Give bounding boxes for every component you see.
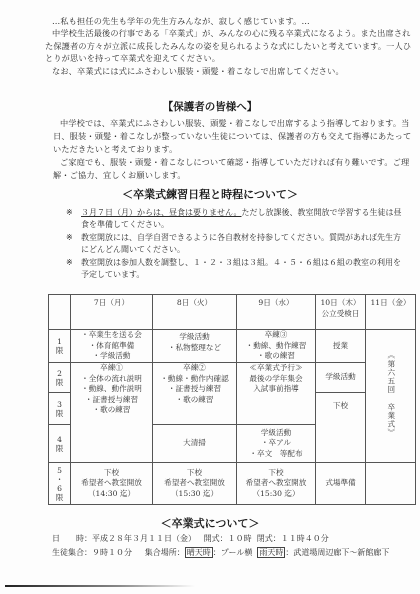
scan-edge-line (5, 585, 195, 587)
sunny-place: ：プール横 (213, 548, 253, 557)
guardians-heading: 【保護者の皆様へ】 (0, 99, 420, 114)
cell-mon-p2-4: 卒練① ・全体の流れ説明 ・動線、動作説明 ・証書授与練習 ・歌の練習 (71, 363, 153, 463)
header-mon: 7日（月） (71, 295, 153, 330)
ceremony-heading: ＜卒業式について＞ (0, 515, 420, 531)
period-gen: 限 (49, 493, 70, 502)
ceremony-date: 平成２８年３月１１日（金） (92, 534, 196, 543)
cell-mon-p1: ・卒業生を送る会 ・体育館準備 ・学級活動 (71, 330, 153, 363)
header-thu: 10日（木） 公立受検日 (316, 295, 366, 330)
cell-line: ≪卒業式予行≫ (237, 363, 315, 374)
cell-tue-p1: 学級活動 ・私物整理など (153, 330, 237, 363)
period-row-5-6: 5 ・ 6 限 下校 希望者へ教室開放 （14:30 迄） 下校 希望者へ教室開… (49, 463, 416, 505)
period-row-2: 2 限 卒練① ・全体の流れ説明 ・動線、動作説明 ・証書授与練習 ・歌の練習 … (49, 363, 416, 393)
cell-line: 入試事前指導 (237, 384, 315, 395)
period-num: 1 (49, 337, 70, 346)
guardians-line-2: 日、服装・頭髪・着こなしが整っていない生徒については、保護者の方も交えて指導にあ… (53, 130, 411, 142)
cell-line: 最後の学年集会 (237, 374, 315, 385)
note-classroom: ※ 教室開放は参加人数を調整し、１・２・３組は３組。４・５・６組は６組の教室の利… (66, 257, 416, 283)
cell-fri-p5 (366, 463, 416, 505)
period-label-1: 1 限 (49, 330, 71, 363)
period-row-1: 1 限 ・卒業生を送る会 ・体育館準備 ・学級活動 学級活動 ・私物整理など 卒… (49, 330, 416, 363)
cell-line: ・体育館準備 (71, 341, 152, 352)
period-num: 2 (49, 369, 70, 378)
schedule-header-row: 7日（月） 8日（火） 9日（水） 10日（木） 公立受検日 11日（金） (49, 295, 416, 330)
cell-line: （14:30 迄） (71, 489, 152, 500)
close-time: １１時４０分 (281, 534, 329, 543)
intro-line-4: とりが思いを持って卒業式を迎えてください。 (45, 52, 220, 64)
note-lunch: ※ ３月７日（月）からは、昼食は要りません。ただし放課後、教室開放で学習する生徒… (66, 207, 416, 233)
ceremony-datetime-line: 日 時：平成２８年３月１１日（金） 開式：１０時 閉式：１１時４０分 (52, 533, 329, 545)
cell-tue-p5: 下校 希望者へ教室開放 （15:30 迄） (153, 463, 237, 505)
cell-line: 希望者へ教室開放 (237, 478, 315, 489)
ceremony-gather-line: 生徒集合：９時１０分 集合場所：晴天時：プール横 雨天時：武道場周辺廊下～新館廊… (52, 547, 389, 559)
datetime-label: 日 時： (52, 534, 92, 543)
cell-line: ・歌の練習 (153, 395, 236, 406)
cell-line: 卒練③ (237, 330, 315, 341)
period-gen: 限 (49, 444, 70, 453)
cell-thu-p1: 授業 (316, 330, 366, 363)
cell-line: 学級活動 (153, 332, 236, 343)
open-time: １０時 (228, 534, 252, 543)
cell-line: 希望者へ教室開放 (71, 478, 152, 489)
cell-line: （15:30 迄） (237, 489, 315, 500)
period-num: 3 (49, 400, 70, 409)
intro-line-5: なお、卒業式には式にふさわしい服装・頭髪・着こなしで出席してください。 (52, 65, 344, 77)
cell-line: ・歌の練習 (71, 405, 152, 416)
cell-line: ・卒業生を送る会 (71, 330, 152, 341)
period-label-2: 2 限 (49, 363, 71, 393)
intro-line-3: た保護者の方々が立派に成長したみんなの姿を見られるような式にしたいと考えています… (45, 40, 411, 52)
note-lunch-line2: 食を準備してください。 (81, 220, 169, 229)
cell-wed-p5: 下校 希望者へ教室開放 （15:30 迄） (237, 463, 316, 505)
intro-line-1: …私も担任の先生も学年の先生方みんなが、寂しく感じています。… (52, 15, 310, 27)
cell-line: 下校 (237, 468, 315, 479)
header-thu-sub: 公立受検日 (316, 309, 365, 320)
header-wed: 9日（水） (237, 295, 316, 330)
guardians-line-5: 解・ご協力、宜しくお願いします。 (53, 169, 186, 181)
note-materials-line1: 教室開放には、自学自習できるように各自教材を持参してください。質問があれば先生方 (81, 233, 401, 242)
practice-heading: ＜卒業式練習日程と時程について＞ (0, 186, 420, 202)
guardians-line-4: ご家庭でも、服装・頭髪・着こなしについて確認・指導していただければ有り難いです。… (60, 156, 409, 168)
cell-line: ・動線、動作説明 (71, 384, 152, 395)
cell-thu-p2: 学級活動 (316, 363, 366, 393)
period-num: 6 (49, 484, 70, 493)
cell-thu-p3-4: 下校 (316, 393, 366, 463)
guardians-line-1: 中学校では、卒業式にふさわしい服装、頭髪・着こなしで出席するよう指導しております… (60, 117, 410, 129)
cell-line: 学級活動 (237, 428, 315, 439)
ceremony-vertical-label: 《第六五回 卒業式》 (385, 351, 396, 437)
cell-thu-p5: 式場準備 (316, 463, 366, 505)
period-num: 5 (49, 466, 70, 475)
cell-line: 下校 (71, 468, 152, 479)
note-classroom-line2: 予定しています。 (81, 270, 144, 279)
place-label: 集合場所： (145, 548, 185, 557)
header-tue: 8日（火） (153, 295, 237, 330)
note-mark: ※ (66, 232, 73, 244)
header-thu-date: 10日（木） (316, 298, 365, 309)
cell-wed-p1: 卒練③ ・動線、動作練習 ・歌の練習 (237, 330, 316, 363)
cell-wed-p4: 学級活動 ・卒アル ・卒文 等配布 (237, 425, 316, 463)
rainy-place: ：武道場周辺廊下～新館廊下 (285, 548, 389, 557)
note-materials: ※ 教室開放には、自学自習できるように各自教材を持参してください。質問があれば先… (66, 232, 416, 258)
schedule-table: 7日（月） 8日（火） 9日（水） 10日（木） 公立受検日 11日（金） 1 … (48, 294, 416, 505)
guardians-line-3: いただきたいと考えております。 (53, 143, 177, 155)
note-mark: ※ (66, 207, 73, 219)
cell-line: ・証書授与練習 (71, 395, 152, 406)
header-fri: 11日（金） (366, 295, 416, 330)
cell-line: 希望者へ教室開放 (153, 478, 236, 489)
period-gen: 限 (49, 409, 70, 418)
cell-wed-p2-3: ≪卒業式予行≫ 最後の学年集会 入試事前指導 (237, 363, 316, 425)
cell-line: 卒練② (153, 363, 236, 374)
gather-label: 生徒集合： (52, 548, 92, 557)
cell-line: ・卒アル (237, 438, 315, 449)
period-label-4: 4 限 (49, 425, 71, 463)
cell-line: ・証書授与練習 (153, 384, 236, 395)
period-gen: 限 (49, 346, 70, 355)
cell-line: 下校 (153, 468, 236, 479)
cell-tue-p2-3: 卒練② ・動線・動作内確認 ・証書授与練習 ・歌の練習 (153, 363, 237, 425)
period-label-3: 3 限 (49, 393, 71, 425)
cell-mon-p5: 下校 希望者へ教室開放 （14:30 迄） (71, 463, 153, 505)
header-corner (49, 295, 71, 330)
cell-fri-ceremony: 《第六五回 卒業式》 (366, 330, 416, 463)
cell-line: ・私物整理など (153, 343, 236, 354)
close-label: 閉式： (257, 534, 281, 543)
cell-line: ・卒文 等配布 (237, 449, 315, 460)
period-dot: ・ (49, 475, 70, 484)
note-lunch-rest: ただし放課後、教室開放で学習する生徒は昼 (241, 208, 401, 217)
period-label-5-6: 5 ・ 6 限 (49, 463, 71, 505)
cell-line: ・全体の流れ説明 (71, 374, 152, 385)
sunny-badge: 晴天時 (185, 547, 213, 558)
open-label: 開式： (204, 534, 228, 543)
gather-time: ９時１０分 (92, 548, 132, 557)
cell-line: ・歌の練習 (237, 351, 315, 362)
cell-line: ・学級活動 (71, 351, 152, 362)
cell-line: ・動線・動作内確認 (153, 374, 236, 385)
note-mark: ※ (66, 257, 73, 269)
rainy-badge: 雨天時 (257, 547, 285, 558)
note-materials-line2: にどんどん聞いてください。 (81, 245, 185, 254)
cell-line: ・動線、動作練習 (237, 341, 315, 352)
intro-line-2: 中学校生活最後の行事である「卒業式」が、みんなの心に残る卒業式になるよう。また出… (52, 27, 411, 39)
cell-tue-p4: 大清掃 (153, 425, 237, 463)
cell-line: 卒練① (71, 363, 152, 374)
period-num: 4 (49, 435, 70, 444)
note-lunch-underlined: ３月７日（月）からは、昼食は要りません。 (81, 208, 241, 217)
period-gen: 限 (49, 378, 70, 387)
cell-line: （15:30 迄） (153, 489, 236, 500)
note-classroom-line1: 教室開放は参加人数を調整し、１・２・３組は３組。４・５・６組は６組の教室の利用を (81, 258, 401, 267)
